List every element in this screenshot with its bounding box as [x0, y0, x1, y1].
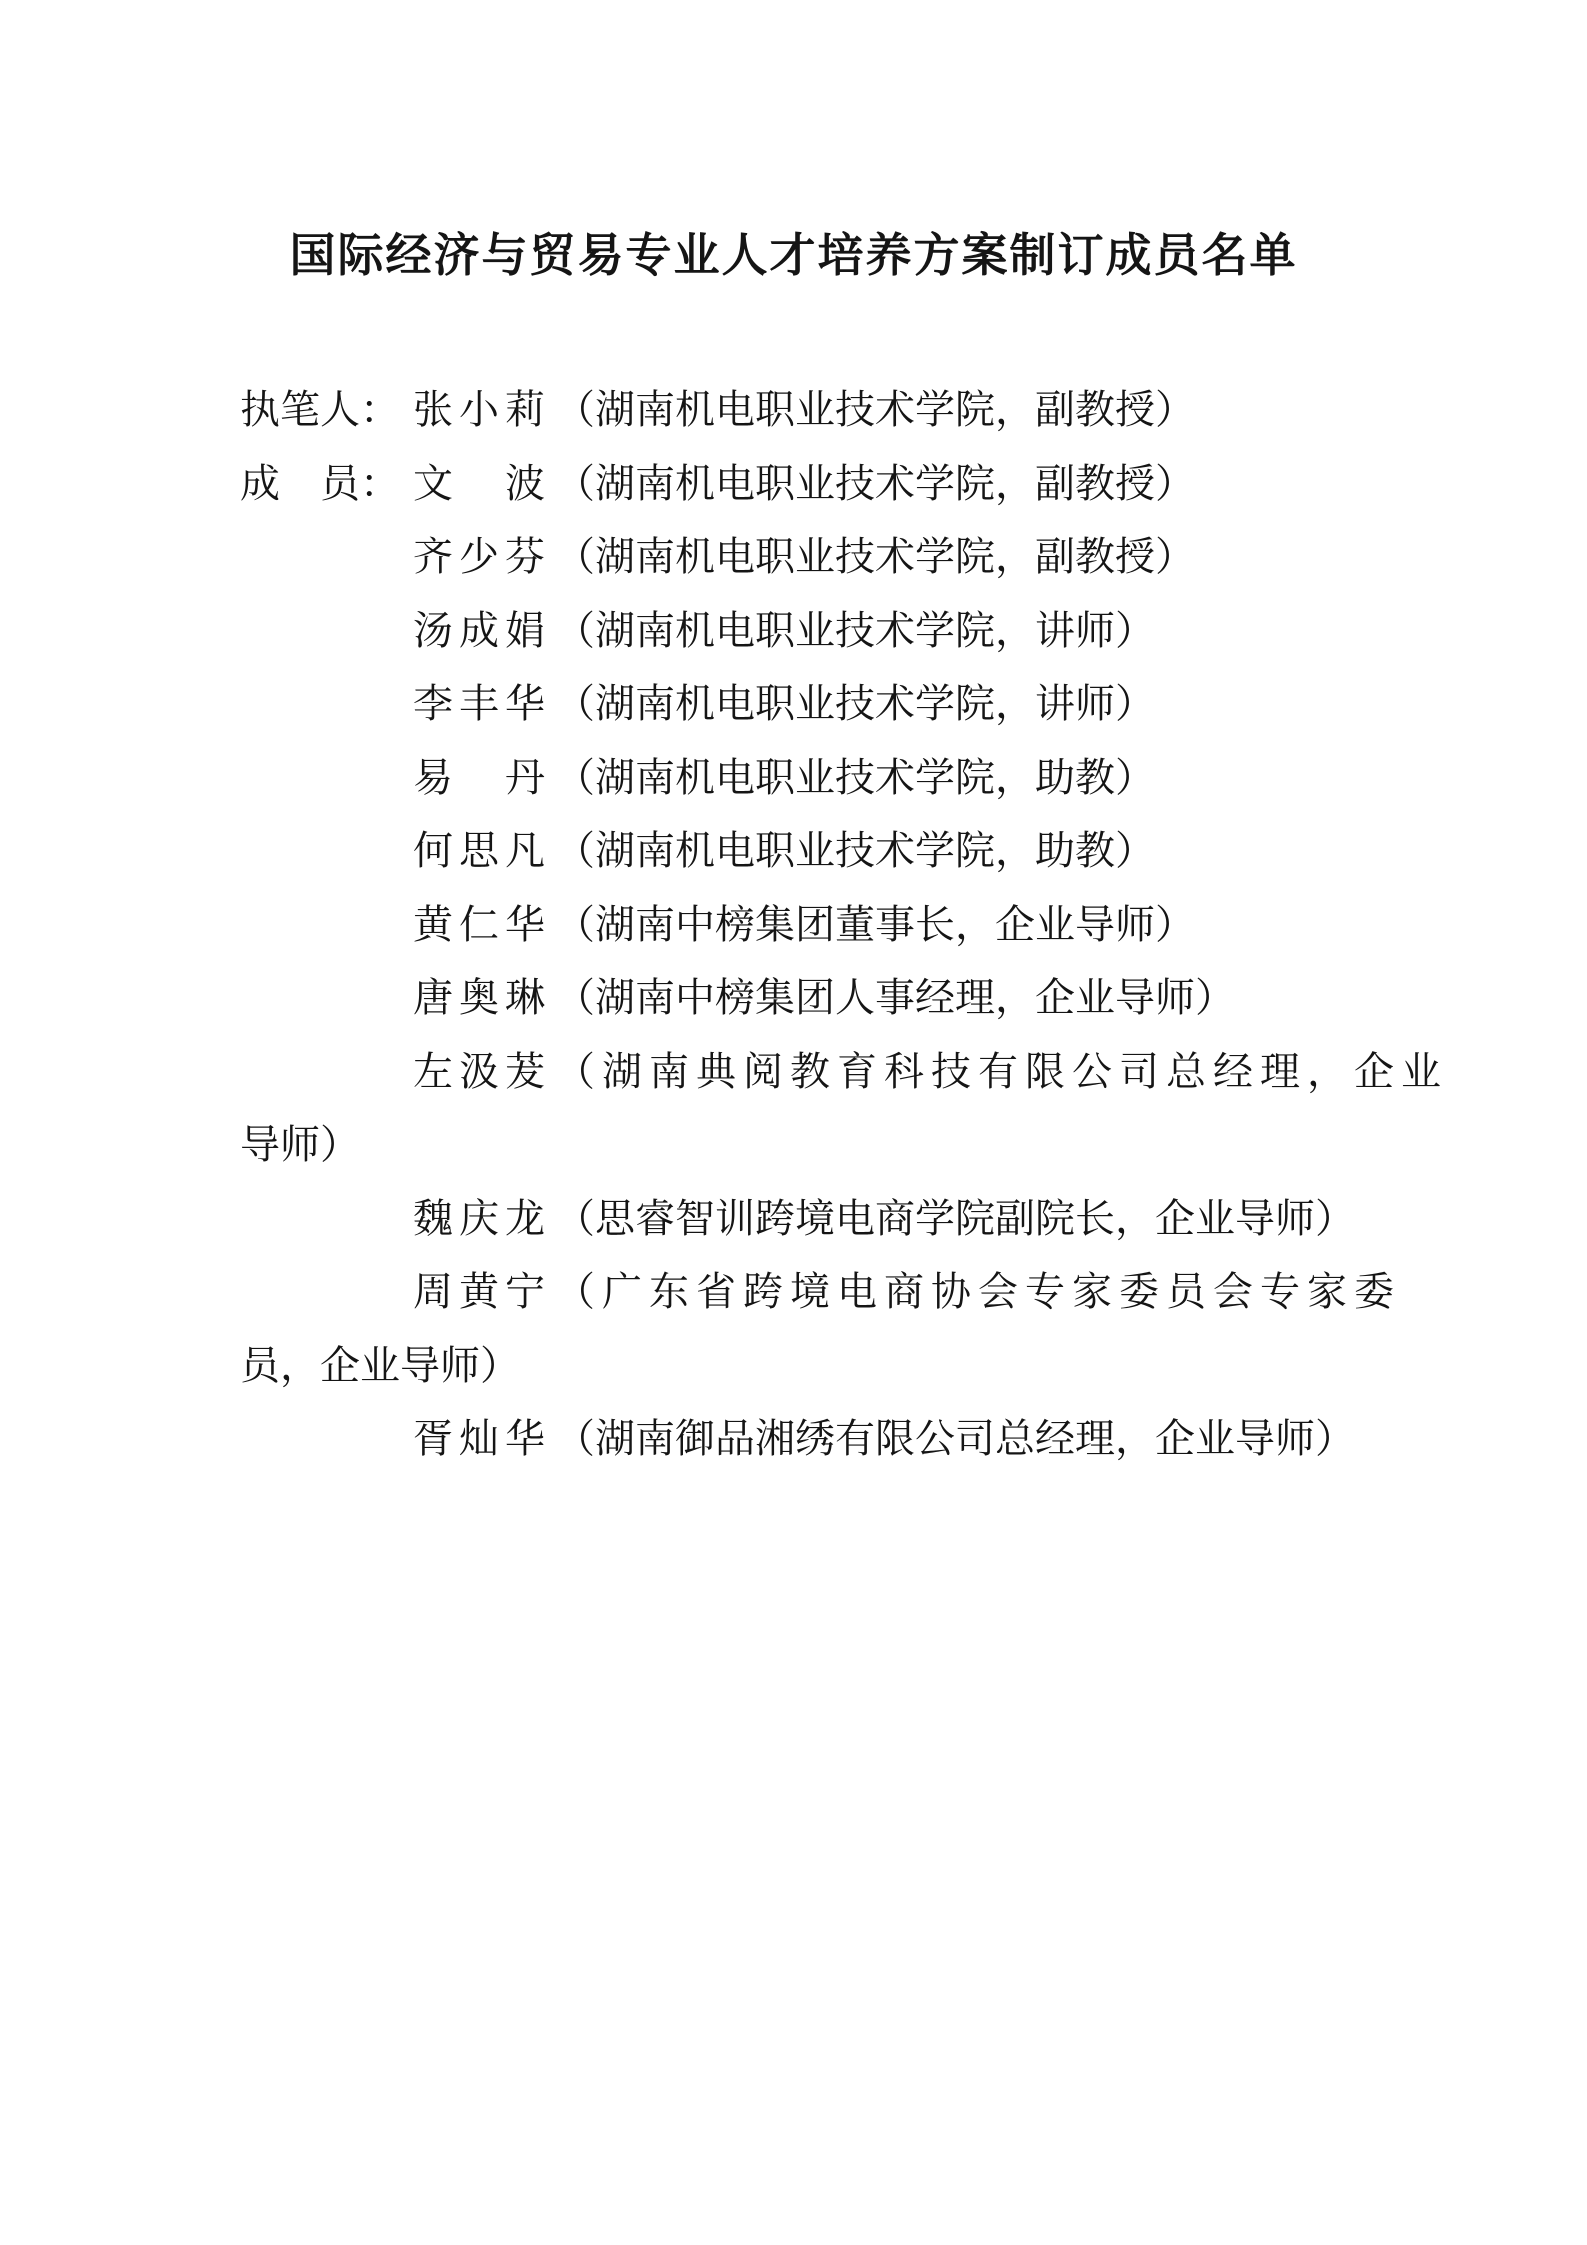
- document-title: 国际经济与贸易专业人才培养方案制订成员名单: [0, 227, 1587, 283]
- member-name: 齐少芬: [413, 520, 555, 594]
- member-affiliation: （广东省跨境电商协会专家委员会专家委: [555, 1269, 1401, 1314]
- role-label: 执笔人：: [240, 373, 413, 447]
- members-start-line: 成 员：文 波（湖南机电职业技术学院，副教授）: [240, 447, 1450, 521]
- member-line: 胥灿华（湖南御品湘绣有限公司总经理，企业导师）: [240, 1402, 1450, 1476]
- member-name: 何思凡: [413, 814, 555, 888]
- member-name: 黄仁华: [413, 888, 555, 962]
- member-name: 张小莉: [413, 373, 555, 447]
- member-line: 左汲茇（湖南典阅教育科技有限公司总经理，企业: [240, 1035, 1450, 1109]
- member-line: 汤成娟（湖南机电职业技术学院，讲师）: [240, 594, 1450, 668]
- member-line: 周黄宁（广东省跨境电商协会专家委员会专家委: [240, 1255, 1450, 1329]
- member-line: 何思凡（湖南机电职业技术学院，助教）: [240, 814, 1450, 888]
- role-label: 成 员：: [240, 447, 413, 521]
- member-name: 魏庆龙: [413, 1182, 555, 1256]
- member-affiliation: （湖南机电职业技术学院，讲师）: [555, 681, 1155, 726]
- member-name: 胥灿华: [413, 1402, 555, 1476]
- document-page: 国际经济与贸易专业人才培养方案制订成员名单 执笔人：张小莉（湖南机电职业技术学院…: [0, 0, 1587, 2245]
- member-name: 左汲茇: [413, 1035, 555, 1109]
- member-name: 汤成娟: [413, 594, 555, 668]
- member-name: 文 波: [413, 447, 555, 521]
- member-affiliation: （湖南中榜集团董事长，企业导师）: [555, 902, 1195, 947]
- member-name: 易 丹: [413, 741, 555, 815]
- member-affiliation: （湖南机电职业技术学院，副教授）: [555, 461, 1195, 506]
- member-affiliation: （湖南典阅教育科技有限公司总经理，企业: [555, 1049, 1448, 1094]
- member-list: 执笔人：张小莉（湖南机电职业技术学院，副教授） 成 员：文 波（湖南机电职业技术…: [240, 373, 1450, 1476]
- member-line: 齐少芬（湖南机电职业技术学院，副教授）: [240, 520, 1450, 594]
- member-affiliation: （湖南机电职业技术学院，副教授）: [555, 387, 1195, 432]
- continuation-line: 导师）: [240, 1108, 1450, 1182]
- member-name: 周黄宁: [413, 1255, 555, 1329]
- member-affiliation: （湖南机电职业技术学院，副教授）: [555, 534, 1195, 579]
- member-line: 魏庆龙（思睿智训跨境电商学院副院长，企业导师）: [240, 1182, 1450, 1256]
- continuation-text: 员，企业导师）: [240, 1343, 520, 1388]
- member-affiliation: （湖南中榜集团人事经理，企业导师）: [555, 975, 1235, 1020]
- member-name: 唐奥琳: [413, 961, 555, 1035]
- writer-line: 执笔人：张小莉（湖南机电职业技术学院，副教授）: [240, 373, 1450, 447]
- member-affiliation: （湖南机电职业技术学院，助教）: [555, 755, 1155, 800]
- continuation-text: 导师）: [240, 1122, 360, 1167]
- continuation-line: 员，企业导师）: [240, 1329, 1450, 1403]
- member-affiliation: （湖南机电职业技术学院，讲师）: [555, 608, 1155, 653]
- member-line: 李丰华（湖南机电职业技术学院，讲师）: [240, 667, 1450, 741]
- member-line: 易 丹（湖南机电职业技术学院，助教）: [240, 741, 1450, 815]
- member-affiliation: （湖南御品湘绣有限公司总经理，企业导师）: [555, 1416, 1355, 1461]
- member-affiliation: （湖南机电职业技术学院，助教）: [555, 828, 1155, 873]
- member-affiliation: （思睿智训跨境电商学院副院长，企业导师）: [555, 1196, 1355, 1241]
- member-line: 唐奥琳（湖南中榜集团人事经理，企业导师）: [240, 961, 1450, 1035]
- member-line: 黄仁华（湖南中榜集团董事长，企业导师）: [240, 888, 1450, 962]
- member-name: 李丰华: [413, 667, 555, 741]
